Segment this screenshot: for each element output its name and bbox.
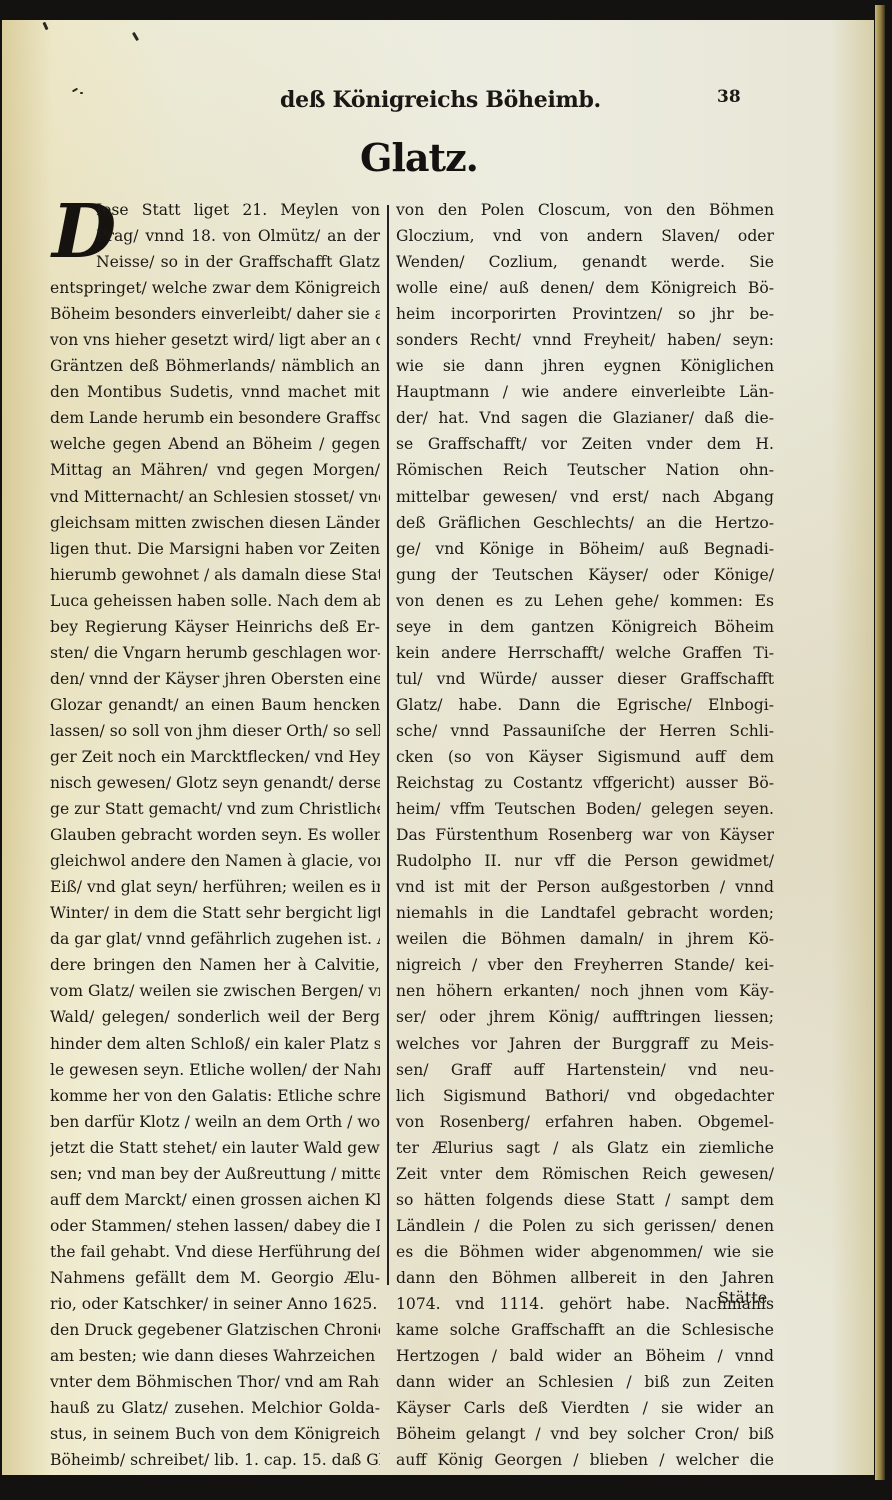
text-line: hinder dem alten Schloß/ ein kaler Platz…	[50, 1031, 380, 1057]
page-edge	[875, 5, 885, 1480]
text-line: Wald/ gelegen/ sonderlich weil der Berg	[50, 1004, 380, 1030]
text-line: Zeit vnter dem Römischen Reich gewesen/	[396, 1161, 774, 1187]
right-text-column: von den Polen Closcum, von den BöhmenGlo…	[396, 197, 774, 1473]
text-line: niemahls in die Landtafel gebracht worde…	[396, 900, 774, 926]
text-line: am besten; wie dann dieses Wahrzeichen a…	[50, 1343, 380, 1369]
text-line: entspringet/ welche zwar dem Königreich	[50, 275, 380, 301]
column-divider-rule	[387, 205, 389, 1285]
text-line: vom Glatz/ weilen sie zwischen Bergen/ v…	[50, 978, 380, 1004]
text-line: Hauptmann / wie andere einverleibte Län-	[396, 379, 774, 405]
text-line: Nahmens gefällt dem M. Georgio Ælu-	[50, 1265, 380, 1291]
text-line: jetzt die Statt stehet/ ein lauter Wald …	[50, 1135, 380, 1161]
text-line: oder Stammen/ stehen lassen/ dabey die L…	[50, 1213, 380, 1239]
text-line: gleichsam mitten zwischen diesen Ländern	[50, 510, 380, 536]
text-line: cken (so von Käyser Sigismund auff dem	[396, 744, 774, 770]
text-line: Glauben gebracht worden seyn. Es wollen	[50, 822, 380, 848]
text-line: tul/ vnd Würde/ ausser dieser Graffschaf…	[396, 666, 774, 692]
text-line: Glozar genandt/ an einen Baum hencken	[50, 692, 380, 718]
text-line: ligen thut. Die Marsigni haben vor Zeite…	[50, 536, 380, 562]
text-line: sten/ die Vngarn herumb geschlagen wor-	[50, 640, 380, 666]
text-line: von Rosenberg/ erfahren haben. Obgemel-	[396, 1109, 774, 1135]
text-line: sche/ vnnd Passauniſche der Herren Schli…	[396, 718, 774, 744]
text-line: von vns hieher gesetzt wird/ ligt aber a…	[50, 327, 380, 353]
text-line: the fail gehabt. Vnd diese Herführung de…	[50, 1239, 380, 1265]
text-line: Iese Statt liget 21. Meylen von	[50, 197, 380, 223]
text-line: von den Polen Closcum, von den Böhmen	[396, 197, 774, 223]
text-line: Winter/ in dem die Statt sehr bergicht l…	[50, 900, 380, 926]
text-line: Glatz/ habe. Dann die Egrische/ Elnbogi-	[396, 692, 774, 718]
text-line: komme her von den Galatis: Etliche schre…	[50, 1083, 380, 1109]
text-line: Käyser Carls deß Vierdten / sie wider an	[396, 1395, 774, 1421]
page-number: 38	[717, 87, 741, 107]
text-line: welche gegen Abend an Böheim / gegen	[50, 431, 380, 457]
text-line: bey Regierung Käyser Heinrichs deß Er-	[50, 614, 380, 640]
text-line: dere bringen den Namen her à Calvitie,	[50, 952, 380, 978]
text-line: Gräntzen deß Böhmerlands/ nämblich an	[50, 353, 380, 379]
text-line: ter Ælurius sagt / als Glatz ein ziemlic…	[396, 1135, 774, 1161]
text-line: gung der Teutschen Käyser/ oder Könige/	[396, 562, 774, 588]
text-line: Neisse/ so in der Graffschafft Glatz	[50, 249, 380, 275]
text-line: Hertzogen / bald wider an Böheim / vnnd	[396, 1343, 774, 1369]
text-line: Römischen Reich Teutscher Nation ohn-	[396, 457, 774, 483]
section-title: Glatz.	[360, 135, 478, 180]
text-line: Das Fürstenthum Rosenberg war von Käyser	[396, 822, 774, 848]
text-line: Rudolpho II. nur vff die Person gewidmet…	[396, 848, 774, 874]
text-line: kein andere Herrschafft/ welche Graffen …	[396, 640, 774, 666]
text-line: ben darfür Klotz / weiln an dem Orth / w…	[50, 1109, 380, 1135]
text-line: von denen es zu Lehen gehe/ kommen: Es	[396, 588, 774, 614]
text-line: heim/ vffm Teutschen Boden/ gelegen seye…	[396, 796, 774, 822]
text-line: dann wider an Schlesien / biß zun Zeiten	[396, 1369, 774, 1395]
text-line: ge/ vnd Könige in Böheim/ auß Begnadi-	[396, 536, 774, 562]
text-line: vnd ist mit der Person außgestorben / vn…	[396, 874, 774, 900]
text-line: stus, in seinem Buch von dem Königreich	[50, 1421, 380, 1447]
text-line: den Druck gegebener Glatzischen Chronick…	[50, 1317, 380, 1343]
text-line: Mittag an Mähren/ vnd gegen Morgen/	[50, 457, 380, 483]
text-line: Wenden/ Cozlium, genandt werde. Sie	[396, 249, 774, 275]
text-line: vnter dem Böhmischen Thor/ vnd am Raht-	[50, 1369, 380, 1395]
text-line: welches vor Jahren der Burggraff zu Meis…	[396, 1031, 774, 1057]
gutter-shadow	[2, 20, 52, 1475]
text-line: gleichwol andere den Namen à glacie, vom	[50, 848, 380, 874]
text-line: ge zur Statt gemacht/ vnd zum Christlich…	[50, 796, 380, 822]
text-line: auff dem Marckt/ einen grossen aichen Kl…	[50, 1187, 380, 1213]
text-line: nisch gewesen/ Glotz seyn genandt/ derse…	[50, 770, 380, 796]
text-line: so hätten folgends diese Statt / sampt d…	[396, 1187, 774, 1213]
text-line: da gar glat/ vnnd gefährlich zugehen ist…	[50, 926, 380, 952]
text-line: Böheimb/ schreibet/ lib. 1. cap. 15. daß…	[50, 1447, 380, 1473]
text-line: hierumb gewohnet / als damaln diese Stat…	[50, 562, 380, 588]
text-line: Böheim besonders einverleibt/ daher sie …	[50, 301, 380, 327]
text-line: seye in dem gantzen Königreich Böheim	[396, 614, 774, 640]
text-line: le gewesen seyn. Etliche wollen/ der Nah…	[50, 1057, 380, 1083]
text-line: rio, oder Katschker/ in seiner Anno 1625…	[50, 1291, 380, 1317]
text-line: hauß zu Glatz/ zusehen. Melchior Golda-	[50, 1395, 380, 1421]
text-line: lich Sigismund Bathori/ vnd obgedachter	[396, 1083, 774, 1109]
text-line: se Graffschafft/ vor Zeiten vnder dem H.	[396, 431, 774, 457]
text-line: lassen/ so soll von jhm dieser Orth/ so …	[50, 718, 380, 744]
text-line: ger Zeit noch ein Marcktflecken/ vnd Hey…	[50, 744, 380, 770]
text-line: es die Böhmen wider abgenommen/ wie sie	[396, 1239, 774, 1265]
text-line: Luca geheissen haben solle. Nach dem abe…	[50, 588, 380, 614]
text-line: Gloczium, vnd von andern Slaven/ oder	[396, 223, 774, 249]
text-line: Eiß/ vnd glat seyn/ herführen; weilen es…	[50, 874, 380, 900]
text-line: wie sie dann jhren eygnen Königlichen	[396, 353, 774, 379]
text-line: Ländlein / die Polen zu sich gerissen/ d…	[396, 1213, 774, 1239]
text-line: vnd Mitternacht/ an Schlesien stosset/ v…	[50, 484, 380, 510]
text-line: sen; vnd man bey der Außreuttung / mitte…	[50, 1161, 380, 1187]
text-line: nigreich / vber den Freyherren Stande/ k…	[396, 952, 774, 978]
text-line: mittelbar gewesen/ vnd erst/ nach Abgang	[396, 484, 774, 510]
text-line: ser/ oder jhrem König/ aufftringen liess…	[396, 1004, 774, 1030]
text-line: Prag/ vnnd 18. von Olmütz/ an der	[50, 223, 380, 249]
left-text-column: Iese Statt liget 21. Meylen vonPrag/ vnn…	[50, 197, 380, 1473]
text-line: Böheim gelangt / vnd bey solcher Cron/ b…	[396, 1421, 774, 1447]
ink-speck	[80, 92, 83, 94]
text-line: sonders Recht/ vnnd Freyheit/ haben/ sey…	[396, 327, 774, 353]
text-line: sen/ Graff auff Hartenstein/ vnd neu-	[396, 1057, 774, 1083]
text-line: weilen die Böhmen damaln/ in jhrem Kö-	[396, 926, 774, 952]
text-line: nen höhern erkanten/ noch jhnen vom Käy-	[396, 978, 774, 1004]
text-line: den Montibus Sudetis, vnnd machet mit	[50, 379, 380, 405]
text-line: auff König Georgen / blieben / welcher d…	[396, 1447, 774, 1473]
text-line: heim incorporirten Provintzen/ so jhr be…	[396, 301, 774, 327]
text-line: wolle eine/ auß denen/ dem Königreich Bö…	[396, 275, 774, 301]
text-line: den/ vnnd der Käyser jhren Obersten eine…	[50, 666, 380, 692]
text-line: Reichstag zu Costantz vffgericht) ausser…	[396, 770, 774, 796]
text-line: der/ hat. Vnd sagen die Glazianer/ daß d…	[396, 405, 774, 431]
text-line: dem Lande herumb ein besondere Graffscha…	[50, 405, 380, 431]
text-line: kame solche Graffschafft an die Schlesis…	[396, 1317, 774, 1343]
running-head: deß Königreichs Böheimb.	[280, 87, 601, 113]
text-line: deß Gräflichen Geschlechts/ an die Hertz…	[396, 510, 774, 536]
catchword: Stätte	[718, 1288, 767, 1307]
